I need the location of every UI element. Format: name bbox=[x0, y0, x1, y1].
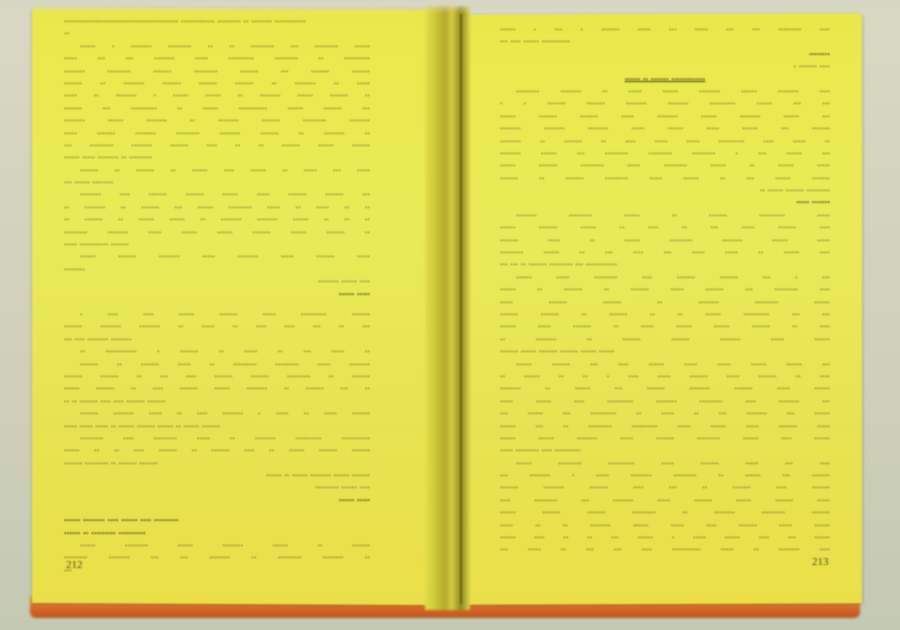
text-line: ...... ......... ...... ........ ...... … bbox=[64, 538, 370, 550]
text-line: ...... ....... ....... ......... .. ....… bbox=[500, 505, 830, 517]
section-heading: ...... .. ......... .......... bbox=[64, 526, 370, 538]
text-line: ....... ...... ....... ....... ...... ..… bbox=[500, 344, 830, 356]
text-line: ...... . ........ ......... .. .. ......… bbox=[64, 39, 370, 51]
signature-line: ........ bbox=[500, 47, 830, 59]
text-line: ..... ......... .... .......... bbox=[500, 443, 830, 455]
text-line: ..... ........... ....... bbox=[64, 237, 370, 249]
left-page-number: 212 bbox=[66, 559, 83, 571]
text-line: ..... .. ........ . ...... ...... .. ...… bbox=[64, 88, 370, 100]
text-line: ..... ...... .... .......... ........ ..… bbox=[500, 394, 830, 406]
text-line: ...... .. .. .... ....... .. ....... ...… bbox=[64, 443, 370, 455]
text-line: ... .... ........ ........ bbox=[64, 332, 370, 344]
text-line: .. ...... .. .. . .... ..... ....... ...… bbox=[500, 369, 830, 381]
text-line: . .... .... ...... ....... ..... .......… bbox=[64, 307, 370, 319]
text-line: ......... ........ ... ... ........ .. .… bbox=[64, 550, 370, 562]
place-date-line: ...... .. ...... ........ ...... ....... bbox=[64, 468, 370, 480]
text-line: ...... .... .. .. ... ...... . ..... ...… bbox=[500, 530, 830, 542]
text-line: ......... ........ ..... ...... ...... .… bbox=[64, 225, 370, 237]
text-line: .. ........ .. ....... ... ...... ......… bbox=[64, 200, 370, 212]
open-book-photo: ........................................… bbox=[0, 0, 900, 630]
text-line: ....... .. ....... ......... ..... .....… bbox=[500, 171, 830, 183]
text-line: ....... .. ........ ....... ....... ....… bbox=[64, 76, 370, 88]
section-heading: ...... ........ .... ...... .... .......… bbox=[64, 513, 370, 525]
text-line: ..... ....... ........ ......... .......… bbox=[64, 126, 370, 138]
text-line: ......... ........ .. ..... ...... .....… bbox=[500, 84, 830, 96]
place-date-line: ........ ...... .... bbox=[64, 274, 370, 286]
signature-line: ...... ..... bbox=[64, 287, 370, 299]
text-line: ...... ....... ........ ..... ........ .… bbox=[64, 249, 370, 261]
text-line: ......... .... ......... ..... .. ......… bbox=[64, 431, 370, 443]
text-line: ........ ......... ...... .. ....... ...… bbox=[500, 208, 830, 220]
text-line: ........ bbox=[64, 262, 370, 274]
text-line: ... ..... .. ... ... .... ........... ..… bbox=[500, 542, 830, 554]
text-line: ....... ........ ........ .. ..... .. ..… bbox=[64, 319, 370, 331]
text-line: .. ............ . ....... .. ..... .. ..… bbox=[64, 344, 370, 356]
text-line: ...... ....... ....... ..... ........ ..… bbox=[500, 109, 830, 121]
text-line: ........ ...... ... ......... ......... … bbox=[500, 146, 830, 158]
text-line: ........ .. ...... ... ....... ........ … bbox=[500, 381, 830, 393]
text-line: ... bbox=[64, 563, 370, 575]
text-line: ......... ...... .. ... .... ... ..... .… bbox=[500, 245, 830, 257]
place-date-line: ......... ...... .... bbox=[64, 480, 370, 492]
text-line: ...... ....... ...... .. .... .. ... ...… bbox=[500, 220, 830, 232]
right-page-text: ...... . ... . ....... ..... ... ..... .… bbox=[500, 22, 830, 555]
text-line: ....... ......... .. ....... ....... bbox=[64, 456, 370, 468]
right-page-number: 213 bbox=[812, 556, 829, 568]
text-line: ........ ......... ....... ......... ...… bbox=[64, 64, 370, 76]
paragraph-gap bbox=[64, 505, 370, 513]
text-line: ..... ....... ....... .. ........ ......… bbox=[500, 295, 830, 307]
text-line: ...... ...... ........ ..... ....... ...… bbox=[500, 431, 830, 443]
text-line: ....... ........ ....... .... ... .. ...… bbox=[500, 480, 830, 492]
text-line: ...... .. ....... .. ....... ..... .....… bbox=[500, 282, 830, 294]
text-line: ... ......... ........ ....... .... .. .… bbox=[64, 138, 370, 150]
text-line: ...... ....... ......... ..... .........… bbox=[500, 158, 830, 170]
text-line: ...... ... .. ......... .......... .....… bbox=[500, 419, 830, 431]
text-line: ..... ..... ..... .. ...... ....... ....… bbox=[64, 419, 370, 431]
text-line: ........ .. ....... .. .... ..... ..... … bbox=[500, 134, 830, 146]
text-line: ....... .. ....... .. ...... .... ......… bbox=[64, 163, 370, 175]
background-top bbox=[0, 0, 900, 14]
left-page-text: ........................................… bbox=[64, 14, 370, 575]
book-gutter bbox=[425, 6, 470, 610]
place-date-line: .. ...... ....... ......... bbox=[500, 183, 830, 195]
text-line: .. ....... .. ...... ...... .. ........ … bbox=[64, 212, 370, 224]
text-line: ...... ..... ........ .. ......... bbox=[64, 150, 370, 162]
text-line: ........ .... ....... ....... ...... ...… bbox=[64, 187, 370, 199]
text-line: ....... .. ....... ..... .. ......... ..… bbox=[64, 357, 370, 369]
paragraph-gap bbox=[64, 299, 370, 307]
text-line: ....... ........ ..... .. .... ........ … bbox=[64, 406, 370, 418]
article-title: ...... .. ....... ............. bbox=[500, 72, 830, 84]
text-line: .. bbox=[64, 26, 370, 38]
text-line: ........ ...... ........ .. ........ ...… bbox=[64, 113, 370, 125]
text-line: .... ......... ... ........ ..... ......… bbox=[500, 493, 830, 505]
text-line: ........................................… bbox=[64, 14, 370, 26]
place-date-line: . ....... .... bbox=[500, 59, 830, 71]
text-line: ........ ........ ........ ..... ...... … bbox=[500, 121, 830, 133]
text-line: ..... ... ... ........ ..... .......... … bbox=[64, 51, 370, 63]
text-line: ....... ....... .. ....... .. .. ...... … bbox=[500, 307, 830, 319]
text-line: . . ....... ....... ........ ........ ..… bbox=[500, 96, 830, 108]
text-line: ..... .. .. ........ ...... ..... .... .… bbox=[500, 518, 830, 530]
text-line: ...... ....... .. .... ....... ...... ..… bbox=[64, 381, 370, 393]
text-line: ...... . ... . ....... ..... ... ..... .… bbox=[500, 22, 830, 34]
text-line: .. .. ....... .... .... ....... ....... bbox=[64, 394, 370, 406]
text-line: .. ........ .. ....... ....... ........ … bbox=[500, 332, 830, 344]
text-line: ....... ....... .. ... .... ....... ....… bbox=[64, 369, 370, 381]
text-line: ... ........ . ..... ........ ......... … bbox=[500, 468, 830, 480]
text-line: ....... ... .......... .. ...... .......… bbox=[64, 101, 370, 113]
text-line: ...... ..... ....... .. ..... ...... ...… bbox=[500, 319, 830, 331]
text-line: ....... ..... .. ...... ......... ......… bbox=[500, 233, 830, 245]
gutter-fold bbox=[460, 14, 462, 604]
signature-line: ..... ....... bbox=[500, 195, 830, 207]
text-line: ...... ....... ... .... ...... ..... ...… bbox=[500, 357, 830, 369]
text-line: ...... ......... .......... ..... ......… bbox=[500, 456, 830, 468]
text-line: ... ...... ... .......... .. ..... .. ..… bbox=[500, 406, 830, 418]
signature-line: ...... ..... bbox=[64, 493, 370, 505]
text-line: ... .... ...... ........... bbox=[500, 34, 830, 46]
text-line: ... ...... ........ bbox=[64, 175, 370, 187]
text-line: ...... ..... ......... .... ....... ....… bbox=[500, 270, 830, 282]
text-line: ... ... .. ....... ......... ... .......… bbox=[500, 257, 830, 269]
